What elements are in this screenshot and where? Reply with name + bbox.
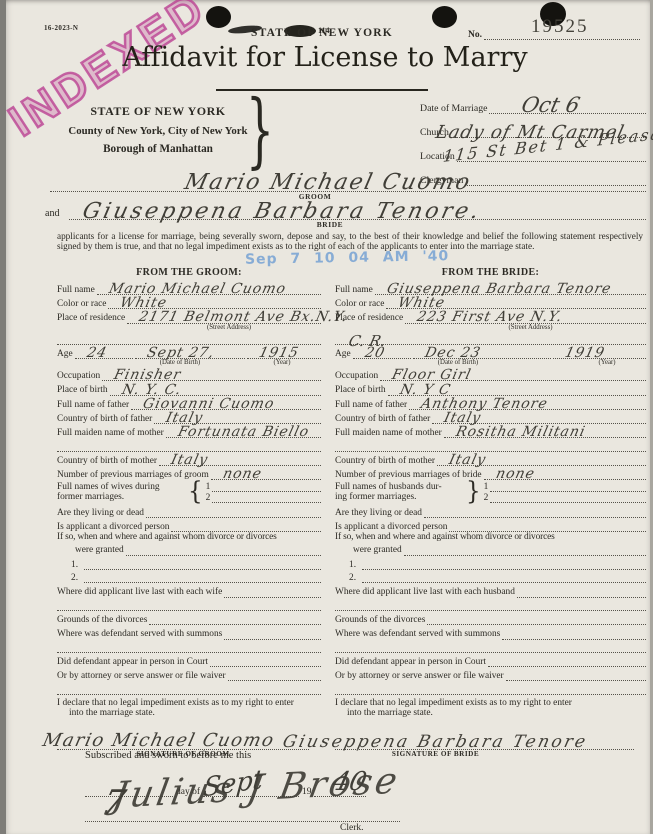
former-marriage-line-2: 2 <box>206 492 321 503</box>
field-label: Country of birth of mother <box>57 456 157 466</box>
dotted-line: 1915 <box>247 357 321 359</box>
form-field-row: Full name of fatherAnthony Tenore <box>335 396 646 410</box>
number-label: 2 <box>206 493 211 503</box>
number-label: 1 <box>484 482 489 492</box>
field-label: Country of birth of father <box>335 414 430 424</box>
brace: { <box>185 478 206 505</box>
field-label-multiline: Full names of wives duringformer marriag… <box>57 482 185 502</box>
label-line-2: ing former marriages. <box>335 492 463 502</box>
location-row: Location 115 St Bet 1 & Pleasant <box>420 138 646 162</box>
field-label: Number of previous marriages of bride <box>335 470 482 480</box>
former-marriages-row: Full names of husbands dur-ing former ma… <box>335 480 646 504</box>
form-field-row: Where did applicant live last with each … <box>57 583 321 597</box>
field-label: Color or race <box>335 299 384 309</box>
form-field-row: Did defendant appear in person in Court <box>335 653 646 667</box>
clerk-label: Clerk. <box>340 823 445 833</box>
filler-dotted-line <box>335 438 646 452</box>
dotted-line: 1919 <box>553 357 646 359</box>
question-line-2: were granted <box>353 545 402 555</box>
date-of-marriage-label: Date of Marriage <box>420 103 487 114</box>
dotted-line <box>126 554 321 556</box>
punch-hole <box>432 6 457 28</box>
form-field-row: Color or raceWhite <box>335 295 646 309</box>
page-title: Affidavit for License to Marry <box>0 42 650 73</box>
dotted-line: 223 First Ave N.Y. <box>405 322 646 324</box>
label-line-1: Full names of wives during <box>57 482 185 492</box>
form-field-row: Place of residence223 First Ave N.Y. <box>335 309 646 323</box>
field-label: Is applicant a divorced person <box>335 522 447 532</box>
field-label: Where was defendant served with summons <box>335 629 500 639</box>
dotted-line <box>212 501 321 503</box>
form-field-row: Color or raceWhite <box>57 295 321 309</box>
field-label: Place of birth <box>335 385 386 395</box>
form-field-row: Grounds of the divorces <box>57 611 321 625</box>
state-heading: STATE OF NEW YORK <box>0 27 644 39</box>
form-field-row: Place of residence2171 Belmont Ave Bx.N.… <box>57 309 321 323</box>
affidavit-document: 16-2023-N 114 INDEXED No. 19525 STATE OF… <box>0 0 653 834</box>
field-label: Did defendant appear in person in Court <box>57 657 208 667</box>
field-label: Country of birth of mother <box>335 456 435 466</box>
form-field-row: Is applicant a divorced person <box>335 518 646 532</box>
column-groom: FROM THE GROOM:Full nameMario Michael Cu… <box>57 268 321 760</box>
age-row: Age20Dec 231919 <box>335 345 646 359</box>
former-marriage-lines: 12 <box>484 481 646 503</box>
form-field-row: Country of birth of fatherItaly <box>335 410 646 424</box>
label-line-1: Full names of husbands dur- <box>335 482 463 492</box>
field-label: Full name of father <box>57 400 129 410</box>
field-label: Full name <box>335 285 373 295</box>
form-field-row: Place of birthN. Y. C. <box>57 381 321 395</box>
form-field-row: Number of previous marriages of bridenon… <box>335 466 646 480</box>
number-label: 2. <box>349 573 360 583</box>
field-label: Or by attorney or serve answer or file w… <box>57 671 226 681</box>
number-label: 2 <box>484 493 489 503</box>
year-of-birth-value: 1915 <box>258 346 301 361</box>
field-label: Grounds of the divorces <box>57 615 147 625</box>
brace: } <box>463 478 484 505</box>
form-field-row: Country of birth of motherItaly <box>335 452 646 466</box>
dotted-line <box>212 490 321 492</box>
question-line-1: If so, when and where and against whom d… <box>57 532 321 542</box>
oath-paragraph: applicants for a license for marriage, b… <box>57 231 643 252</box>
field-label: Full maiden name of mother <box>335 428 442 438</box>
venue-county: County of New York, City of New York <box>62 125 254 137</box>
dotted-line: Dec 23 <box>413 357 552 359</box>
former-marriage-line-2: 2 <box>484 492 646 503</box>
field-label: Age <box>335 349 351 359</box>
field-label: Grounds of the divorces <box>335 615 425 625</box>
question-line-1: If so, when and where and against whom d… <box>335 532 646 542</box>
question-line-2: were granted <box>75 545 124 555</box>
from-the-bride-header: FROM THE BRIDE: <box>335 268 646 281</box>
field-label: Or by attorney or serve answer or file w… <box>335 671 504 681</box>
age-value: 24 <box>85 346 108 361</box>
form-field-row: Or by attorney or serve answer or file w… <box>335 667 646 681</box>
date-of-marriage-row: Date of Marriage Oct 6 <box>420 90 646 114</box>
handwritten-value: 2171 Belmont Ave Bx.N.Y. <box>137 310 349 325</box>
date-of-birth-value: Sept 27, <box>145 346 216 361</box>
form-field-row: Full nameMario Michael Cuomo <box>57 281 321 295</box>
filler-dotted-line <box>57 332 321 346</box>
bride-caption: BRIDE <box>270 220 390 229</box>
form-field-row: Grounds of the divorces <box>335 611 646 625</box>
year-of-birth-value: 1919 <box>564 346 607 361</box>
form-field-row: Are they living or dead <box>57 504 321 518</box>
filler-dotted-line <box>57 438 321 452</box>
declaration-line-1: I declare that no legal impediment exist… <box>335 698 572 708</box>
number-label: 2. <box>71 573 82 583</box>
form-field-row: Full maiden name of motherFortunata Biel… <box>57 424 321 438</box>
field-label: Is applicant a divorced person <box>57 522 169 532</box>
bride-name-row: and Giuseppena Barbara Tenore. BRIDE <box>45 200 646 228</box>
sworn-statement-text: Subscribed and sworn to before me this <box>85 750 445 761</box>
former-marriage-line-1: 1 <box>206 481 321 492</box>
number-label: 1. <box>71 560 82 570</box>
form-field-row: OccupationFinisher <box>57 367 321 381</box>
venue-borough: Borough of Manhattan <box>62 143 254 155</box>
form-field-row: OccupationFloor Girl <box>335 367 646 381</box>
declaration-line-1: I declare that no legal impediment exist… <box>57 698 294 708</box>
former-marriage-line-1: 1 <box>484 481 646 492</box>
declaration-line-2: into the marriage state. <box>335 708 646 718</box>
question-row: If so, when and where and against whom d… <box>335 532 646 557</box>
form-field-row: Place of birthN. Y C <box>335 381 646 395</box>
and-label: and <box>45 208 59 219</box>
form-field-row: Country of birth of motherItaly <box>57 452 321 466</box>
venue-brace: } <box>246 90 274 170</box>
former-marriage-lines: 12 <box>206 481 321 503</box>
field-label: Place of residence <box>57 313 125 323</box>
jurat-block: Subscribed and sworn to before me this d… <box>85 750 445 833</box>
filler-dotted-line: C. R. <box>335 332 646 346</box>
filler-dotted-line <box>57 598 321 612</box>
field-label: Where did applicant live last with each … <box>335 587 515 597</box>
form-field-row: Is applicant a divorced person <box>57 518 321 532</box>
numbered-line: 2. <box>335 570 646 583</box>
field-label: Are they living or dead <box>57 508 144 518</box>
field-label: Where was defendant served with summons <box>57 629 222 639</box>
form-field-row: Did defendant appear in person in Court <box>57 653 321 667</box>
questionnaire-columns: FROM THE GROOM:Full nameMario Michael Cu… <box>57 268 646 760</box>
age-value: 20 <box>363 346 386 361</box>
dotted-line: 2171 Belmont Ave Bx.N.Y. <box>127 322 321 324</box>
question-line-2-row: were granted <box>57 543 321 556</box>
received-date-stamp: Sep 7 10 04 AM '40 <box>245 248 449 268</box>
form-field-row: Where was defendant served with summons <box>57 625 321 639</box>
declaration-line-2: into the marriage state. <box>57 708 321 718</box>
label-line-2: former marriages. <box>57 492 185 502</box>
dotted-line: 24 <box>75 357 133 359</box>
form-field-row: Full nameGiuseppena Barbara Tenore <box>335 281 646 295</box>
groom-name-row: Mario Michael Cuomo GROOM <box>45 172 646 200</box>
from-the-groom-header: FROM THE GROOM: <box>57 268 321 281</box>
numbered-line: 1. <box>335 557 646 570</box>
dotted-line: 20 <box>353 357 411 359</box>
dotted-line <box>490 501 646 503</box>
former-marriages-row: Full names of wives duringformer marriag… <box>57 480 321 504</box>
filler-dotted-line <box>335 640 646 654</box>
field-label: Place of residence <box>335 313 403 323</box>
form-field-row: Full name of fatherGiovanni Cuomo <box>57 396 321 410</box>
field-label: Where did applicant live last with each … <box>57 587 222 597</box>
filler-dotted-line <box>335 681 646 695</box>
form-field-row: Country of birth of fatherItaly <box>57 410 321 424</box>
numbered-line: 2. <box>57 570 321 583</box>
field-label: Full name of father <box>335 400 407 410</box>
field-label: Did defendant appear in person in Court <box>335 657 486 667</box>
form-field-row: Where was defendant served with summons <box>335 625 646 639</box>
column-bride: FROM THE BRIDE:Full nameGiuseppena Barba… <box>335 268 646 760</box>
parties-block: Mario Michael Cuomo GROOM and Giuseppena… <box>45 172 646 228</box>
field-label-multiline: Full names of husbands dur-ing former ma… <box>335 482 463 502</box>
number-label: 1 <box>206 482 211 492</box>
form-field-row: Full maiden name of motherRositha Milita… <box>335 424 646 438</box>
field-label: Place of birth <box>57 385 108 395</box>
filler-dotted-line <box>57 681 321 695</box>
venue-state: STATE OF NEW YORK <box>62 104 254 119</box>
number-label: 1. <box>349 560 360 570</box>
field-label: Occupation <box>335 371 378 381</box>
declaration: I declare that no legal impediment exist… <box>335 695 646 722</box>
form-field-row: Are they living or dead <box>335 504 646 518</box>
dotted-line <box>490 490 646 492</box>
numbered-line: 1. <box>57 557 321 570</box>
filler-dotted-line <box>57 640 321 654</box>
filler-dotted-line <box>335 598 646 612</box>
field-label: Full maiden name of mother <box>57 428 164 438</box>
handwritten-value: 223 First Ave N.Y. <box>415 310 564 325</box>
field-label: Age <box>57 349 73 359</box>
date-of-birth-value: Dec 23 <box>423 346 482 361</box>
question-line-2-row: were granted <box>335 543 646 556</box>
dotted-line: Sept 27, <box>135 357 246 359</box>
question-row: If so, when and where and against whom d… <box>57 532 321 557</box>
age-row: Age24Sept 27,1915 <box>57 345 321 359</box>
declaration: I declare that no legal impediment exist… <box>57 695 321 722</box>
form-field-row: Or by attorney or serve answer or file w… <box>57 667 321 681</box>
field-label: Color or race <box>57 299 106 309</box>
form-field-row: Where did applicant live last with each … <box>335 583 646 597</box>
venue-block: STATE OF NEW YORK County of New York, Ci… <box>62 104 254 155</box>
field-label: Full name <box>57 285 95 295</box>
field-label: Are they living or dead <box>335 508 422 518</box>
field-label: Occupation <box>57 371 100 381</box>
dotted-line <box>404 554 646 556</box>
field-label: Country of birth of father <box>57 414 152 424</box>
